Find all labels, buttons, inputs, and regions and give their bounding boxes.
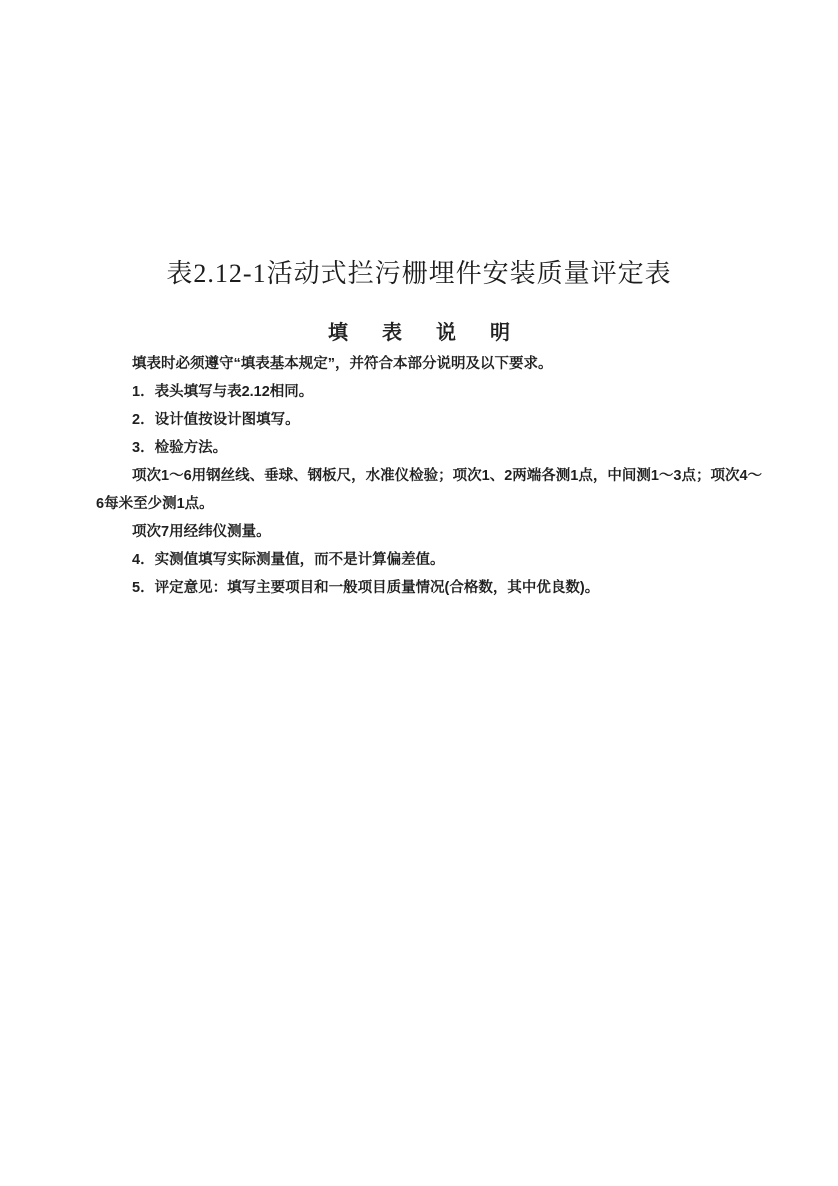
instruction-line-3-detail-continuation: 6每米至少测1点。: [96, 490, 748, 518]
instruction-line-3-detail-2: 项次7用经纬仪测量。: [96, 518, 748, 546]
document-page: 表2.12-1活动式拦污栅埋件安装质量评定表 填表说明 填表时必须遵守“填表基本…: [0, 0, 838, 1186]
instructions-block: 填表时必须遵守“填表基本规定”，并符合本部分说明及以下要求。 1．表头填写与表2…: [96, 350, 748, 602]
instruction-line-5: 5．评定意见：填写主要项目和一般项目质量情况(合格数，其中优良数)。: [96, 574, 748, 602]
document-title: 表2.12-1活动式拦污栅埋件安装质量评定表: [0, 253, 838, 290]
instruction-line-2: 2．设计值按设计图填写。: [96, 406, 748, 434]
instruction-line-3: 3．检验方法。: [96, 434, 748, 462]
instruction-line-4: 4．实测值填写实际测量值，而不是计算偏差值。: [96, 546, 748, 574]
intro-line: 填表时必须遵守“填表基本规定”，并符合本部分说明及以下要求。: [96, 350, 748, 378]
instruction-line-3-detail: 项次1～6用钢丝线、垂球、钢板尺，水准仪检验；项次1、2两端各测1点，中间测1～…: [96, 462, 748, 490]
instruction-line-1: 1．表头填写与表2.12相同。: [96, 378, 748, 406]
section-heading: 填表说明: [0, 316, 838, 345]
